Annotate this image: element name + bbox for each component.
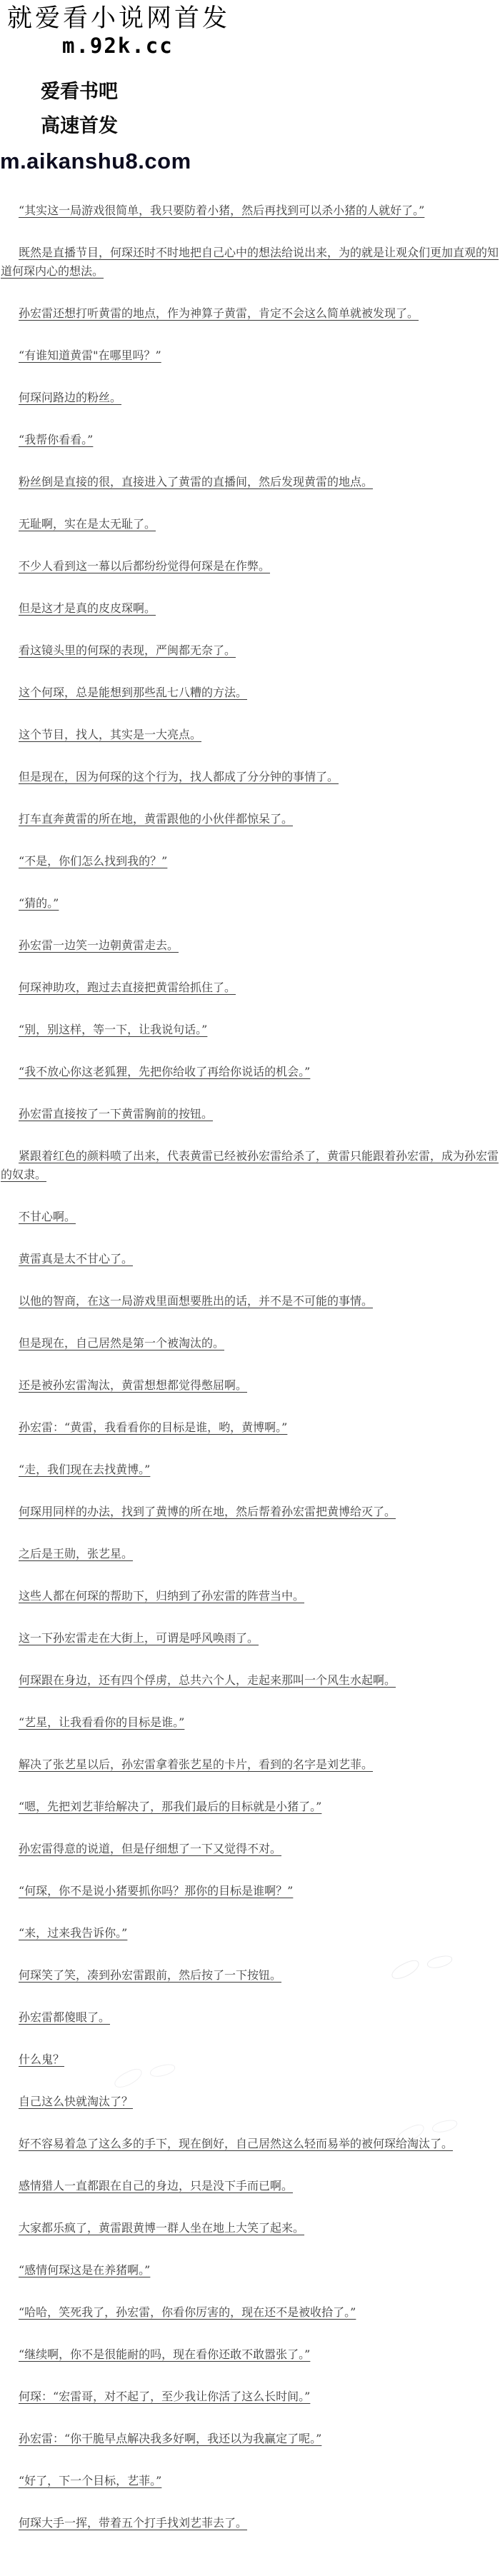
watermark-site-title: 就爱看小说网首发 xyxy=(7,5,500,32)
paragraph: “好了，下一个目标，艺菲。” xyxy=(0,2472,500,2490)
paragraph: “艺星，让我看看你的目标是谁。” xyxy=(0,1713,500,1732)
paragraph: 紧跟着红色的颜料喷了出来，代表黄雷已经被孙宏雷给杀了，黄雷只能跟着孙宏雷，成为孙… xyxy=(0,1147,500,1184)
paragraph: 既然是直播节目，何琛还时不时地把自己心中的想法给说出来，为的就是让观众们更加直观… xyxy=(0,244,500,281)
paragraph: 何琛问路边的粉丝。 xyxy=(0,389,500,407)
paragraph: “感情何琛这是在养猪啊。” xyxy=(0,2261,500,2280)
paragraph: “走，我们现在去找黄博。” xyxy=(0,1460,500,1479)
paragraph: 孙宏雷得意的说道，但是仔细想了一下又觉得不对。 xyxy=(0,1840,500,1858)
paragraph: 之后是王勋，张艺星。 xyxy=(0,1545,500,1563)
paragraph: 这一下孙宏雷走在大街上，可谓是呼风唤雨了。 xyxy=(0,1629,500,1648)
paragraph: 何琛用同样的办法，找到了黄博的所在地，然后帮着孙宏雷把黄博给灭了。 xyxy=(0,1503,500,1521)
paragraph: 何琛神助攻，跑过去直接把黄雷给抓住了。 xyxy=(0,978,500,997)
paragraph: 但是现在，自己居然是第一个被淘汰的。 xyxy=(0,1334,500,1353)
paragraph: 孙宏雷一边笑一边朝黄雷走去。 xyxy=(0,936,500,955)
paragraph: 孙宏雷：“黄雷，我看看你的目标是谁，哟，黄博啊。” xyxy=(0,1418,500,1437)
paragraph: “来，过来我告诉你。” xyxy=(0,1924,500,1943)
paragraph: “哈哈，笑死我了，孙宏雷，你看你厉害的，现在还不是被收拾了。” xyxy=(0,2303,500,2322)
paragraph: 孙宏雷还想打听黄雷的地点，作为神算子黄雷，肯定不会这么简单就被发现了。 xyxy=(0,304,500,323)
paragraph: 不甘心啊。 xyxy=(0,1208,500,1226)
paragraph: 孙宏雷都傻眼了。 xyxy=(0,2008,500,2027)
paragraph: 看这镜头里的何琛的表现，严闽都无奈了。 xyxy=(0,641,500,660)
paragraph: “嗯，先把刘艺菲给解决了，那我们最后的目标就是小猪了。” xyxy=(0,1798,500,1816)
paragraph: “我不放心你这老狐狸，先把你给收了再给你说话的机会。” xyxy=(0,1063,500,1081)
novel-reader-page: 就爱看小说网首发 m.92k.cc 爱看书吧 高速首发 m.aikanshu8.… xyxy=(0,5,500,2532)
paragraph: 何琛大手一挥，带着五个打手找刘艺菲去了。 xyxy=(0,2514,500,2532)
paragraph: 这些人都在何琛的帮助下，归纳到了孙宏雷的阵营当中。 xyxy=(0,1587,500,1605)
paragraph: 解决了张艺星以后，孙宏雷拿着张艺星的卡片，看到的名字是刘艺菲。 xyxy=(0,1755,500,1774)
paragraph: 但是现在，因为何琛的这个行为，找人都成了分分钟的事情了。 xyxy=(0,768,500,786)
watermark-site-url: m.92k.cc xyxy=(62,35,500,57)
site-slogan: 高速首发 xyxy=(41,116,500,136)
paragraph: “有谁知道黄雷"在哪里吗？” xyxy=(0,346,500,365)
paragraph: 大家都乐疯了，黄雷跟黄博一群人坐在地上大笑了起来。 xyxy=(0,2219,500,2237)
paragraph: 什么鬼？ xyxy=(0,2050,500,2069)
paragraph: 不少人看到这一幕以后都纷纷觉得何琛是在作弊。 xyxy=(0,557,500,576)
paragraph: 无耻啊，实在是太无耻了。 xyxy=(0,515,500,533)
paragraph: “继续啊，你不是很能耐的吗，现在看你还敢不敢嚣张了。” xyxy=(0,2345,500,2364)
paragraph: 何琛跟在身边，还有四个俘虏，总共六个人，走起来那叫一个风生水起啊。 xyxy=(0,1671,500,1690)
novel-content: “其实这一局游戏很简单，我只要防着小猪，然后再找到可以杀小猪的人就好了。”既然是… xyxy=(0,201,500,2532)
paragraph: 还是被孙宏雷淘汰，黄雷想想都觉得憋屈啊。 xyxy=(0,1376,500,1395)
paragraph: 但是这才是真的皮皮琛啊。 xyxy=(0,599,500,618)
paragraph: 孙宏雷直接按了一下黄雷胸前的按钮。 xyxy=(0,1105,500,1123)
paragraph: 好不容易着急了这么多的手下，现在倒好，自己居然这么轻而易举的被何琛给淘汰了。 xyxy=(0,2135,500,2153)
paragraph: 黄雷真是太不甘心了。 xyxy=(0,1250,500,1268)
site-name: 爱看书吧 xyxy=(41,81,500,101)
paragraph: 何琛：“宏雷哥，对不起了，至少我让你活了这么长时间。” xyxy=(0,2387,500,2406)
paragraph: “我帮你看看。” xyxy=(0,431,500,449)
paragraph: “猜的。” xyxy=(0,894,500,913)
paragraph: 何琛笑了笑，凑到孙宏雷跟前，然后按了一下按钮。 xyxy=(0,1966,500,1985)
paragraph: 打车直奔黄雷的所在地，黄雷跟他的小伙伴都惊呆了。 xyxy=(0,810,500,828)
paragraph: 粉丝倒是直接的很，直接进入了黄雷的直播间，然后发现黄雷的地点。 xyxy=(0,473,500,491)
paragraph: 孙宏雷：“你干脆早点解决我多好啊，我还以为我赢定了呢。” xyxy=(0,2430,500,2448)
paragraph: 自己这么快就淘汰了？ xyxy=(0,2093,500,2111)
paragraph: “不是，你们怎么找到我的？” xyxy=(0,852,500,871)
paragraph: 这个节目，找人，其实是一大亮点。 xyxy=(0,726,500,744)
paragraph: “别，别这样，等一下，让我说句话。” xyxy=(0,1021,500,1039)
paragraph: “其实这一局游戏很简单，我只要防着小猪，然后再找到可以杀小猪的人就好了。” xyxy=(0,201,500,220)
paragraph: 以他的智商，在这一局游戏里面想要胜出的话，并不是不可能的事情。 xyxy=(0,1292,500,1310)
paragraph: 这个何琛，总是能想到那些乱七八糟的方法。 xyxy=(0,683,500,702)
site-url: m.aikanshu8.com xyxy=(0,149,500,173)
paragraph: 感情猎人一直都跟在自己的身边，只是没下手而已啊。 xyxy=(0,2177,500,2195)
paragraph: “何琛，你不是说小猪要抓你吗？那你的目标是谁啊？” xyxy=(0,1882,500,1900)
